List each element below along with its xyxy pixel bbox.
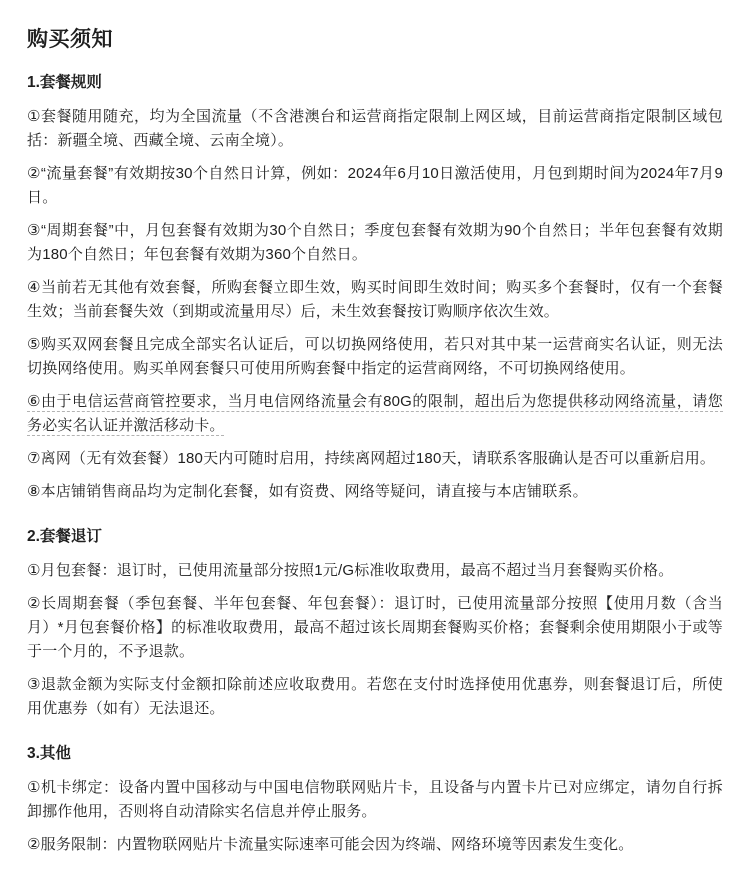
- notice-item: ③退款金额为实际支付金额扣除前述应收取费用。若您在支付时选择使用优惠券，则套餐退…: [27, 673, 723, 721]
- notice-item: ②长周期套餐（季包套餐、半年包套餐、年包套餐）：退订时，已使用流量部分按照【使用…: [27, 592, 723, 664]
- section-heading: 2.套餐退订: [27, 528, 723, 546]
- page-title: 购买须知: [27, 28, 723, 52]
- notice-item: ③“周期套餐”中，月包套餐有效期为30个自然日；季度包套餐有效期为90个自然日；…: [27, 219, 723, 267]
- section-1: 1.套餐规则①套餐随用随充，均为全国流量（不含港澳台和运营商指定限制上网区域，目…: [27, 74, 723, 504]
- notice-item: ①机卡绑定：设备内置中国移动与中国电信物联网贴片卡，且设备与内置卡片已对应绑定，…: [27, 776, 723, 824]
- notice-item: ⑦离网（无有效套餐）180天内可随时启用，持续离网超过180天，请联系客服确认是…: [27, 447, 723, 471]
- section-heading: 3.其他: [27, 745, 723, 763]
- section-2: 2.套餐退订①月包套餐：退订时，已使用流量部分按照1元/G标准收取费用，最高不超…: [27, 528, 723, 721]
- section-heading: 1.套餐规则: [27, 74, 723, 92]
- notice-item: ⑧本店铺销售商品均为定制化套餐，如有资费、网络等疑问，请直接与本店铺联系。: [27, 480, 723, 504]
- notice-item: ②“流量套餐”有效期按30个自然日计算，例如：2024年6月10日激活使用，月包…: [27, 162, 723, 210]
- sections-container: 1.套餐规则①套餐随用随充，均为全国流量（不含港澳台和运营商指定限制上网区域，目…: [27, 74, 723, 857]
- section-3: 3.其他①机卡绑定：设备内置中国移动与中国电信物联网贴片卡，且设备与内置卡片已对…: [27, 745, 723, 857]
- notice-item: ⑤购买双网套餐且完成全部实名认证后，可以切换网络使用，若只对其中某一运营商实名认…: [27, 333, 723, 381]
- purchase-notice-page: { "page": { "title": "购买须知", "text_color…: [0, 0, 750, 896]
- notice-item: ④当前若无其他有效套餐，所购套餐立即生效，购买时间即生效时间；购买多个套餐时，仅…: [27, 276, 723, 324]
- notice-item: ⑥由于电信运营商管控要求，当月电信网络流量会有80G的限制，超出后为您提供移动网…: [27, 390, 723, 438]
- notice-item: ①套餐随用随充，均为全国流量（不含港澳台和运营商指定限制上网区域，目前运营商指定…: [27, 105, 723, 153]
- notice-item: ②服务限制：内置物联网贴片卡流量实际速率可能会因为终端、网络环境等因素发生变化。: [27, 833, 723, 857]
- notice-item: ①月包套餐：退订时，已使用流量部分按照1元/G标准收取费用，最高不超过当月套餐购…: [27, 559, 723, 583]
